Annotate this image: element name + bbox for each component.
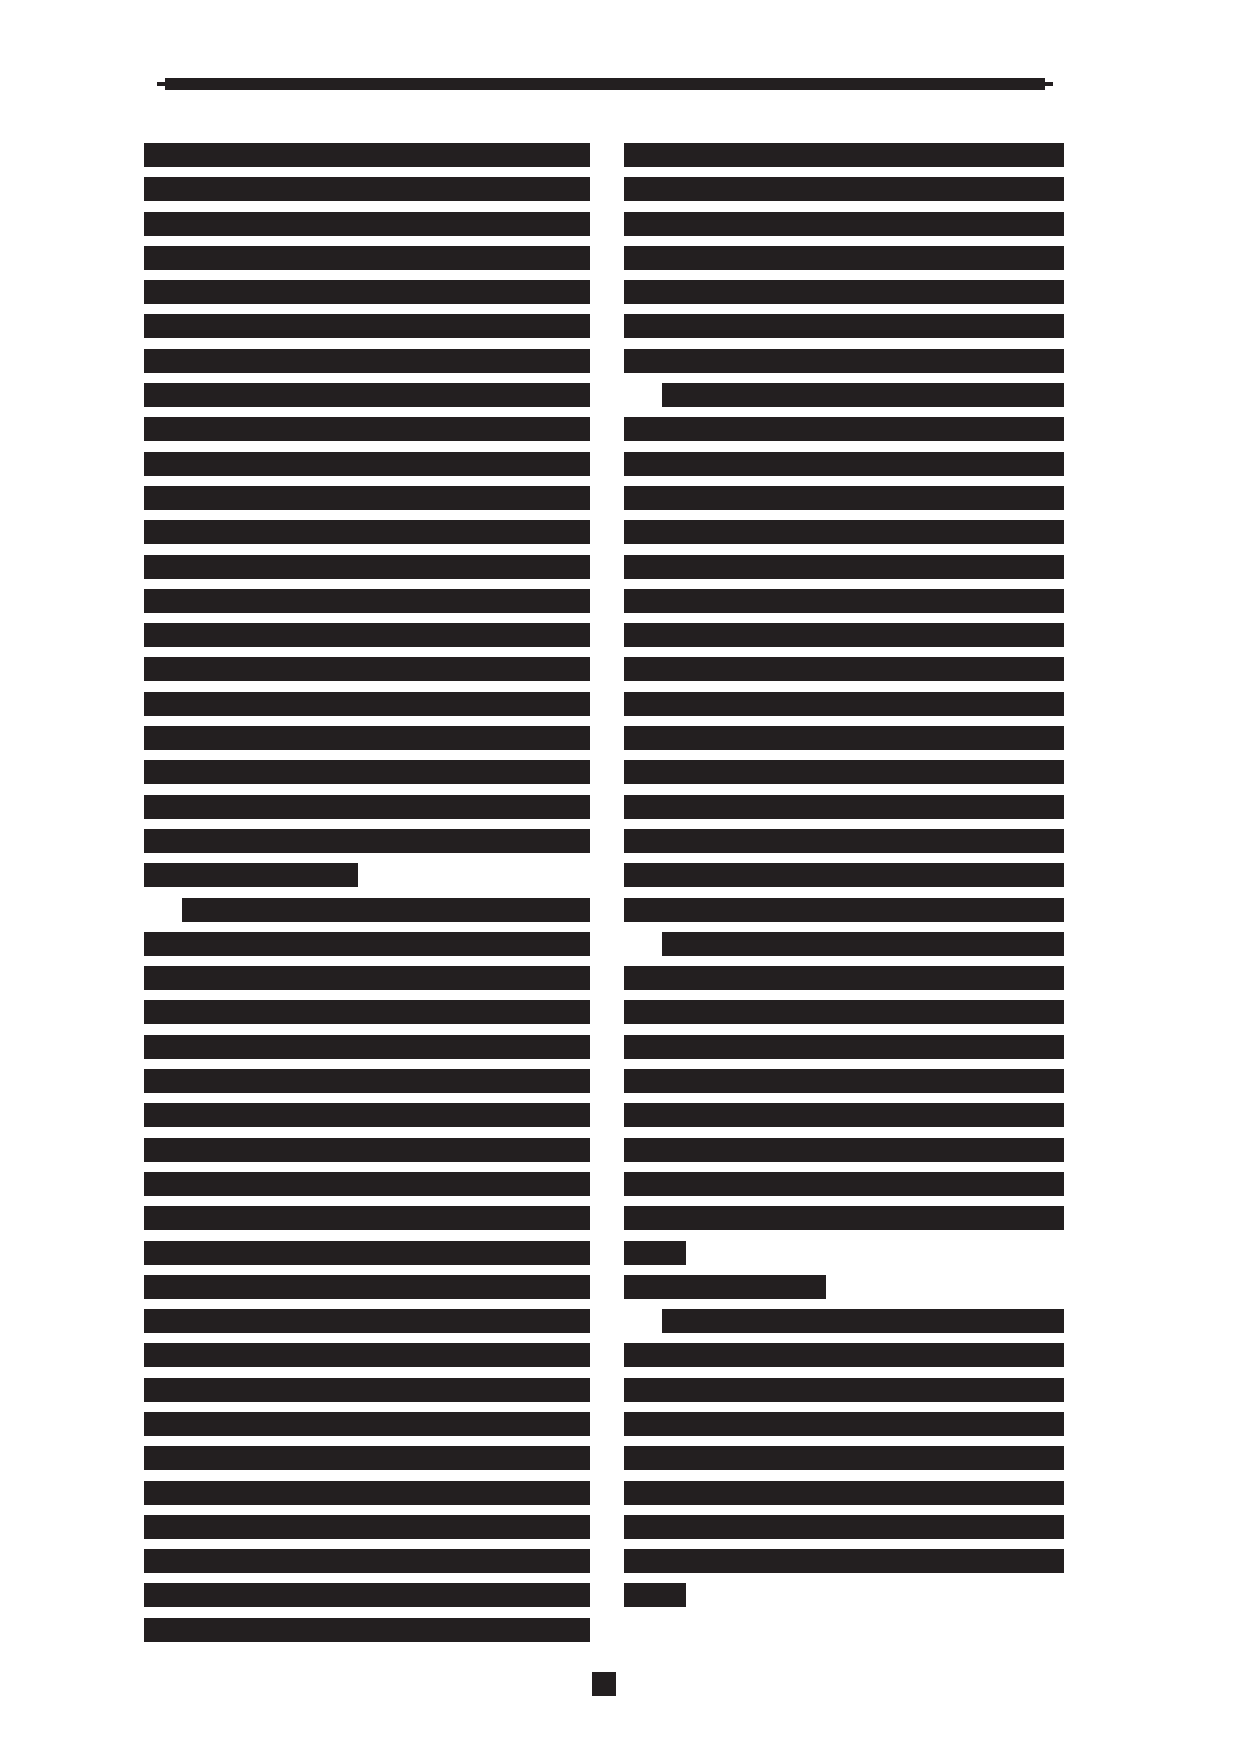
text-line <box>144 760 590 784</box>
text-line <box>624 143 1064 167</box>
paragraph <box>144 898 590 1642</box>
text-line <box>624 966 1064 990</box>
text-line <box>144 1172 590 1196</box>
text-line <box>144 314 590 338</box>
text-line <box>662 383 1064 407</box>
text-line <box>624 417 1064 441</box>
text-line <box>144 1035 590 1059</box>
text-line <box>144 520 590 544</box>
running-header <box>165 72 1045 90</box>
text-line <box>144 932 590 956</box>
text-line <box>624 486 1064 510</box>
text-line <box>144 829 590 853</box>
paragraph <box>144 143 590 887</box>
text-line <box>144 1103 590 1127</box>
text-line <box>144 246 590 270</box>
page-number <box>592 1672 616 1696</box>
text-line <box>144 1378 590 1402</box>
text-line <box>624 1481 1064 1505</box>
text-line <box>624 1206 1064 1230</box>
text-line <box>624 863 1064 887</box>
text-line <box>624 1138 1064 1162</box>
text-line <box>624 280 1064 304</box>
text-line <box>144 555 590 579</box>
text-line <box>662 1309 1064 1333</box>
text-line <box>624 726 1064 750</box>
text-line <box>624 246 1064 270</box>
text-line <box>624 1583 686 1607</box>
text-line <box>144 692 590 716</box>
text-line <box>144 1549 590 1573</box>
text-line <box>144 657 590 681</box>
text-line <box>144 795 590 819</box>
text-line <box>144 1515 590 1539</box>
text-line <box>624 692 1064 716</box>
text-line <box>624 760 1064 784</box>
text-line <box>144 212 590 236</box>
paragraph <box>624 143 1064 373</box>
text-line <box>144 863 358 887</box>
text-line <box>624 177 1064 201</box>
text-line <box>662 932 1064 956</box>
text-line <box>624 1241 686 1265</box>
text-line <box>144 623 590 647</box>
text-line <box>144 452 590 476</box>
text-line <box>624 1378 1064 1402</box>
text-line <box>624 1515 1064 1539</box>
text-line <box>144 589 590 613</box>
text-line <box>144 1481 590 1505</box>
text-line <box>144 966 590 990</box>
section-heading <box>624 1275 826 1299</box>
paragraph <box>624 383 1064 921</box>
text-line <box>144 1069 590 1093</box>
text-line <box>624 1172 1064 1196</box>
text-line <box>144 1583 590 1607</box>
text-line <box>144 726 590 750</box>
text-line <box>144 1206 590 1230</box>
text-line <box>624 314 1064 338</box>
text-line <box>624 1103 1064 1127</box>
text-line <box>144 1275 590 1299</box>
text-line <box>624 657 1064 681</box>
text-line <box>144 177 590 201</box>
text-line <box>144 486 590 510</box>
paragraph <box>624 932 1064 1265</box>
text-line <box>144 1618 590 1642</box>
text-line <box>624 520 1064 544</box>
text-line <box>624 898 1064 922</box>
header-text <box>165 78 1045 90</box>
text-line <box>624 1035 1064 1059</box>
text-line <box>144 280 590 304</box>
text-line <box>624 1069 1064 1093</box>
text-line <box>144 1309 590 1333</box>
text-line <box>144 383 590 407</box>
text-line <box>624 349 1064 373</box>
text-line <box>624 623 1064 647</box>
text-line <box>624 589 1064 613</box>
text-line <box>144 1138 590 1162</box>
text-line <box>144 1000 590 1024</box>
text-line <box>624 555 1064 579</box>
text-line <box>182 898 590 922</box>
left-column <box>144 143 590 1652</box>
text-line <box>144 143 590 167</box>
text-line <box>624 1549 1064 1573</box>
text-line <box>624 829 1064 853</box>
text-line <box>624 1000 1064 1024</box>
text-line <box>144 349 590 373</box>
text-line <box>624 1343 1064 1367</box>
text-line <box>144 1446 590 1470</box>
text-line <box>624 452 1064 476</box>
text-line <box>624 795 1064 819</box>
text-line <box>624 1412 1064 1436</box>
right-column <box>624 143 1064 1618</box>
text-line <box>624 1446 1064 1470</box>
paragraph <box>624 1309 1064 1607</box>
text-line <box>624 212 1064 236</box>
text-line <box>144 1241 590 1265</box>
text-line <box>144 417 590 441</box>
text-line <box>144 1343 590 1367</box>
text-line <box>144 1412 590 1436</box>
